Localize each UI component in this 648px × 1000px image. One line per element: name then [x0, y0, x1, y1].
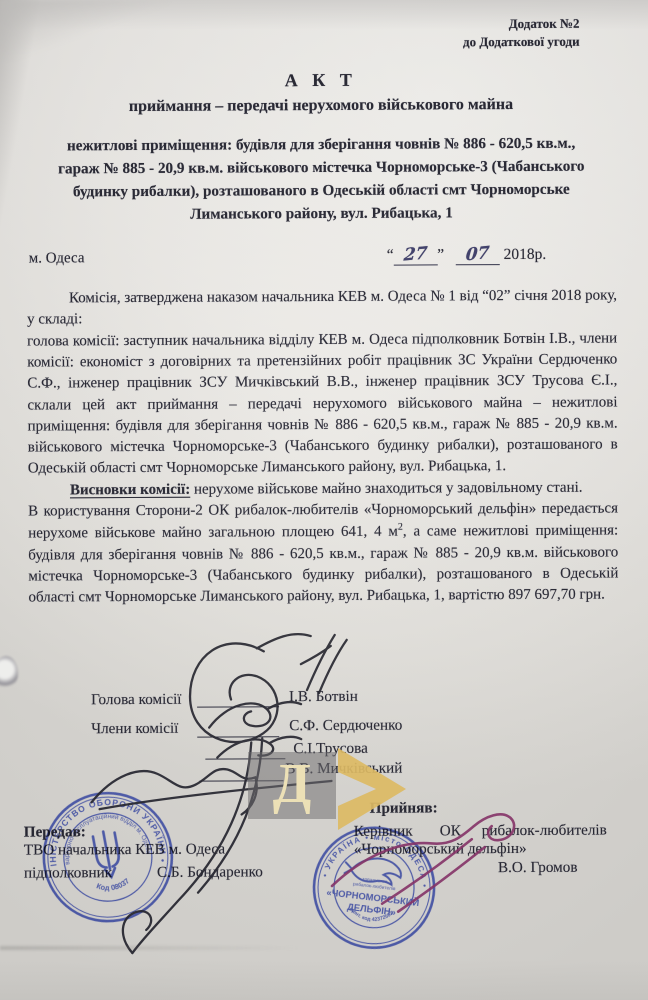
sig-row-head-label: Голова комісії: [91, 691, 182, 709]
signature-botvin-tail: [257, 634, 311, 648]
document-title: А К Т: [26, 67, 616, 96]
date-line: “27” 07 2018р.: [387, 244, 547, 267]
signature-hatch-2: [319, 640, 347, 693]
received-role-c: рибалок-любителів: [482, 822, 607, 841]
document-page: Додаток №2 до Додаткової угоди А К Т при…: [0, 0, 648, 1000]
signature-hatch-3: [301, 646, 331, 664]
sig-row-members-label: Члени комісії: [91, 720, 178, 738]
handwritten-day: 27: [393, 244, 438, 265]
signature-hatch-1: [307, 635, 335, 690]
conclusions-paragraph: Висновки комісії: нерухоме військове май…: [28, 477, 618, 501]
paper-crease-shadow: [0, 946, 300, 950]
sig-row-head-name: І.В. Ботвін: [289, 688, 358, 706]
kev-stamp-code-text: Код 08037: [94, 876, 132, 896]
dolphin-club-round-stamp: • УКРАЇНА • місто ОДЕСА • товариство риб…: [301, 814, 447, 960]
handwritten-month: 07: [455, 244, 500, 265]
transfer-paragraph: В користування Сторони-2 ОК рибалок-люби…: [28, 498, 619, 609]
watermark-box: Д: [248, 752, 336, 819]
document-body: Додаток №2 до Додаткової угоди А К Т при…: [25, 14, 618, 609]
property-description-block: нежитлові приміщення: будівля для зберіг…: [48, 131, 594, 226]
kev-odesa-round-stamp: • МІНІСТЕРСТВО ОБОРОНИ УКРАЇНИ • Квартир…: [26, 776, 189, 939]
year-label: 2018р.: [504, 246, 547, 263]
city-date-row: м. Одеса “27” 07 2018р.: [27, 243, 617, 272]
conclusions-text: нерухоме військове майно знаходиться у з…: [194, 479, 583, 497]
city-label: м. Одеса: [29, 248, 85, 270]
annex-line2: до Додаткової угоди: [26, 33, 580, 54]
sig-line-2: [197, 735, 279, 737]
sig-line-1: [197, 705, 279, 707]
watermark-letter: Д: [273, 755, 312, 811]
trident-icon: [92, 830, 122, 879]
sig-row-member2-name: С.Ф. Сердюченко: [289, 717, 402, 736]
annex-block: Додаток №2 до Додаткової угоди: [25, 14, 615, 53]
dolphin-icon: [344, 855, 403, 886]
signature-botvin: [190, 643, 278, 742]
close-quote: ”: [437, 246, 444, 263]
members-paragraph: голова комісії: заступник начальника від…: [27, 328, 618, 480]
svg-text:Код 08037: Код 08037: [94, 876, 132, 896]
received-label: Прийняв:: [370, 799, 438, 817]
document-subtitle: приймання – передачі нерухомого військов…: [26, 93, 616, 119]
received-name: В.О. Громов: [498, 859, 578, 877]
conclusions-label: Висновки комісії:: [70, 481, 190, 498]
commission-paragraph: Комісія, затверджена наказом начальника …: [27, 285, 617, 331]
scanned-document-photo: Додаток №2 до Додаткової угоди А К Т при…: [0, 0, 648, 1000]
